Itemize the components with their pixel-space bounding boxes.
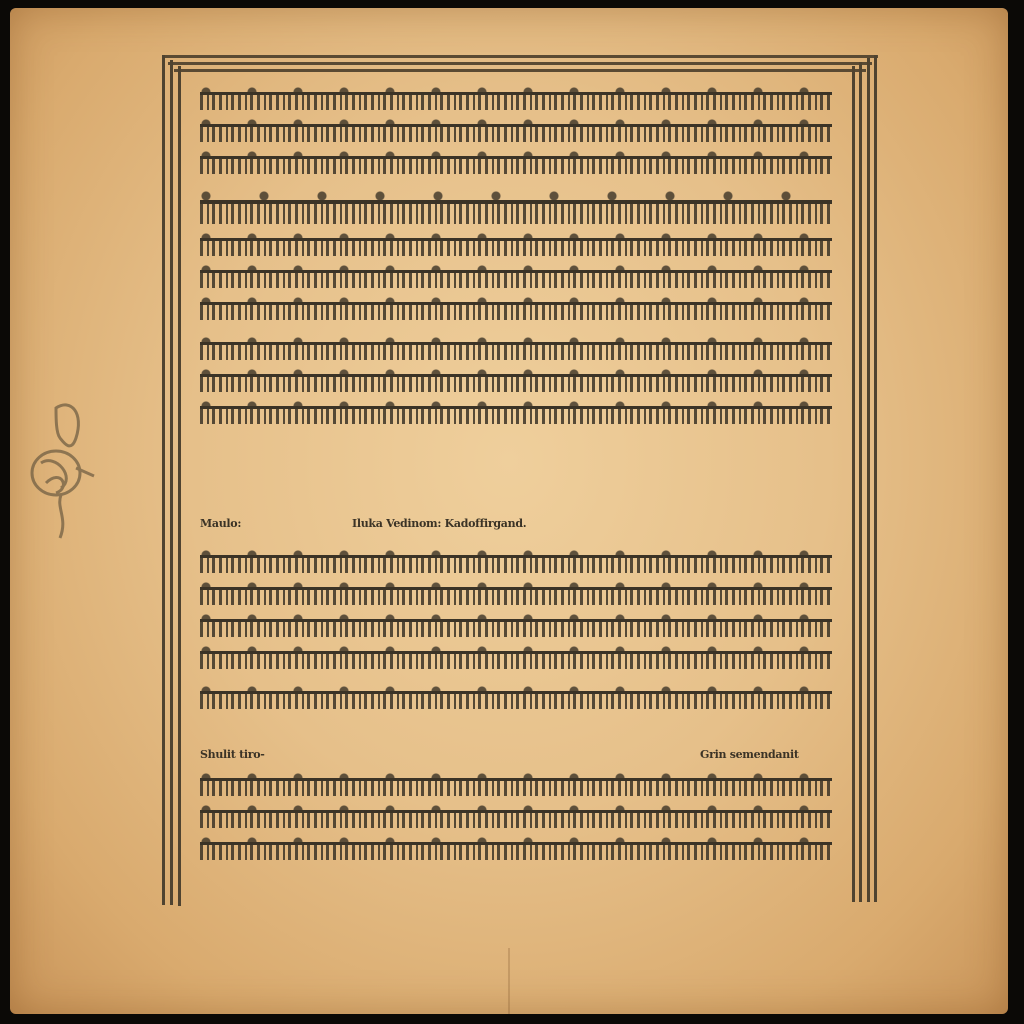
frame-right-line-3 (867, 58, 870, 902)
manuscript-text (200, 82, 832, 428)
text-line (200, 545, 832, 575)
text-line (200, 577, 832, 607)
text-line (200, 228, 832, 258)
text-line (200, 146, 832, 176)
text-line (200, 641, 832, 671)
manuscript-text-lower (200, 545, 832, 713)
frame-left-line-2 (170, 60, 173, 905)
frame-right-line-2 (859, 62, 862, 902)
text-line-heading (200, 186, 832, 226)
manuscript-text-bottom (200, 768, 832, 864)
text-line (200, 768, 832, 798)
text-line (200, 260, 832, 290)
frame-right-line-4 (874, 55, 877, 902)
frame-right-line-1 (852, 66, 855, 902)
text-line (200, 832, 832, 862)
annotation-left-1: Maulo: (200, 517, 241, 530)
frame-left-line-3 (178, 66, 181, 906)
text-line (200, 396, 832, 426)
text-line (200, 609, 832, 639)
text-line (200, 800, 832, 830)
text-line (200, 332, 832, 362)
text-line (200, 292, 832, 322)
page-crease (508, 948, 510, 1014)
margin-seal-icon (26, 398, 96, 543)
frame-left-line-1 (162, 55, 165, 905)
text-line (200, 364, 832, 394)
text-line (200, 681, 832, 711)
frame-top-border (162, 55, 878, 72)
annotation-left-2: Shulit tiro- (200, 748, 265, 761)
text-line (200, 114, 832, 144)
text-line (200, 82, 832, 112)
annotation-right-2: Grin semendanit (700, 748, 799, 761)
annotation-center-1: Iluka Vedinom: Kadoffirgand. (352, 517, 526, 530)
